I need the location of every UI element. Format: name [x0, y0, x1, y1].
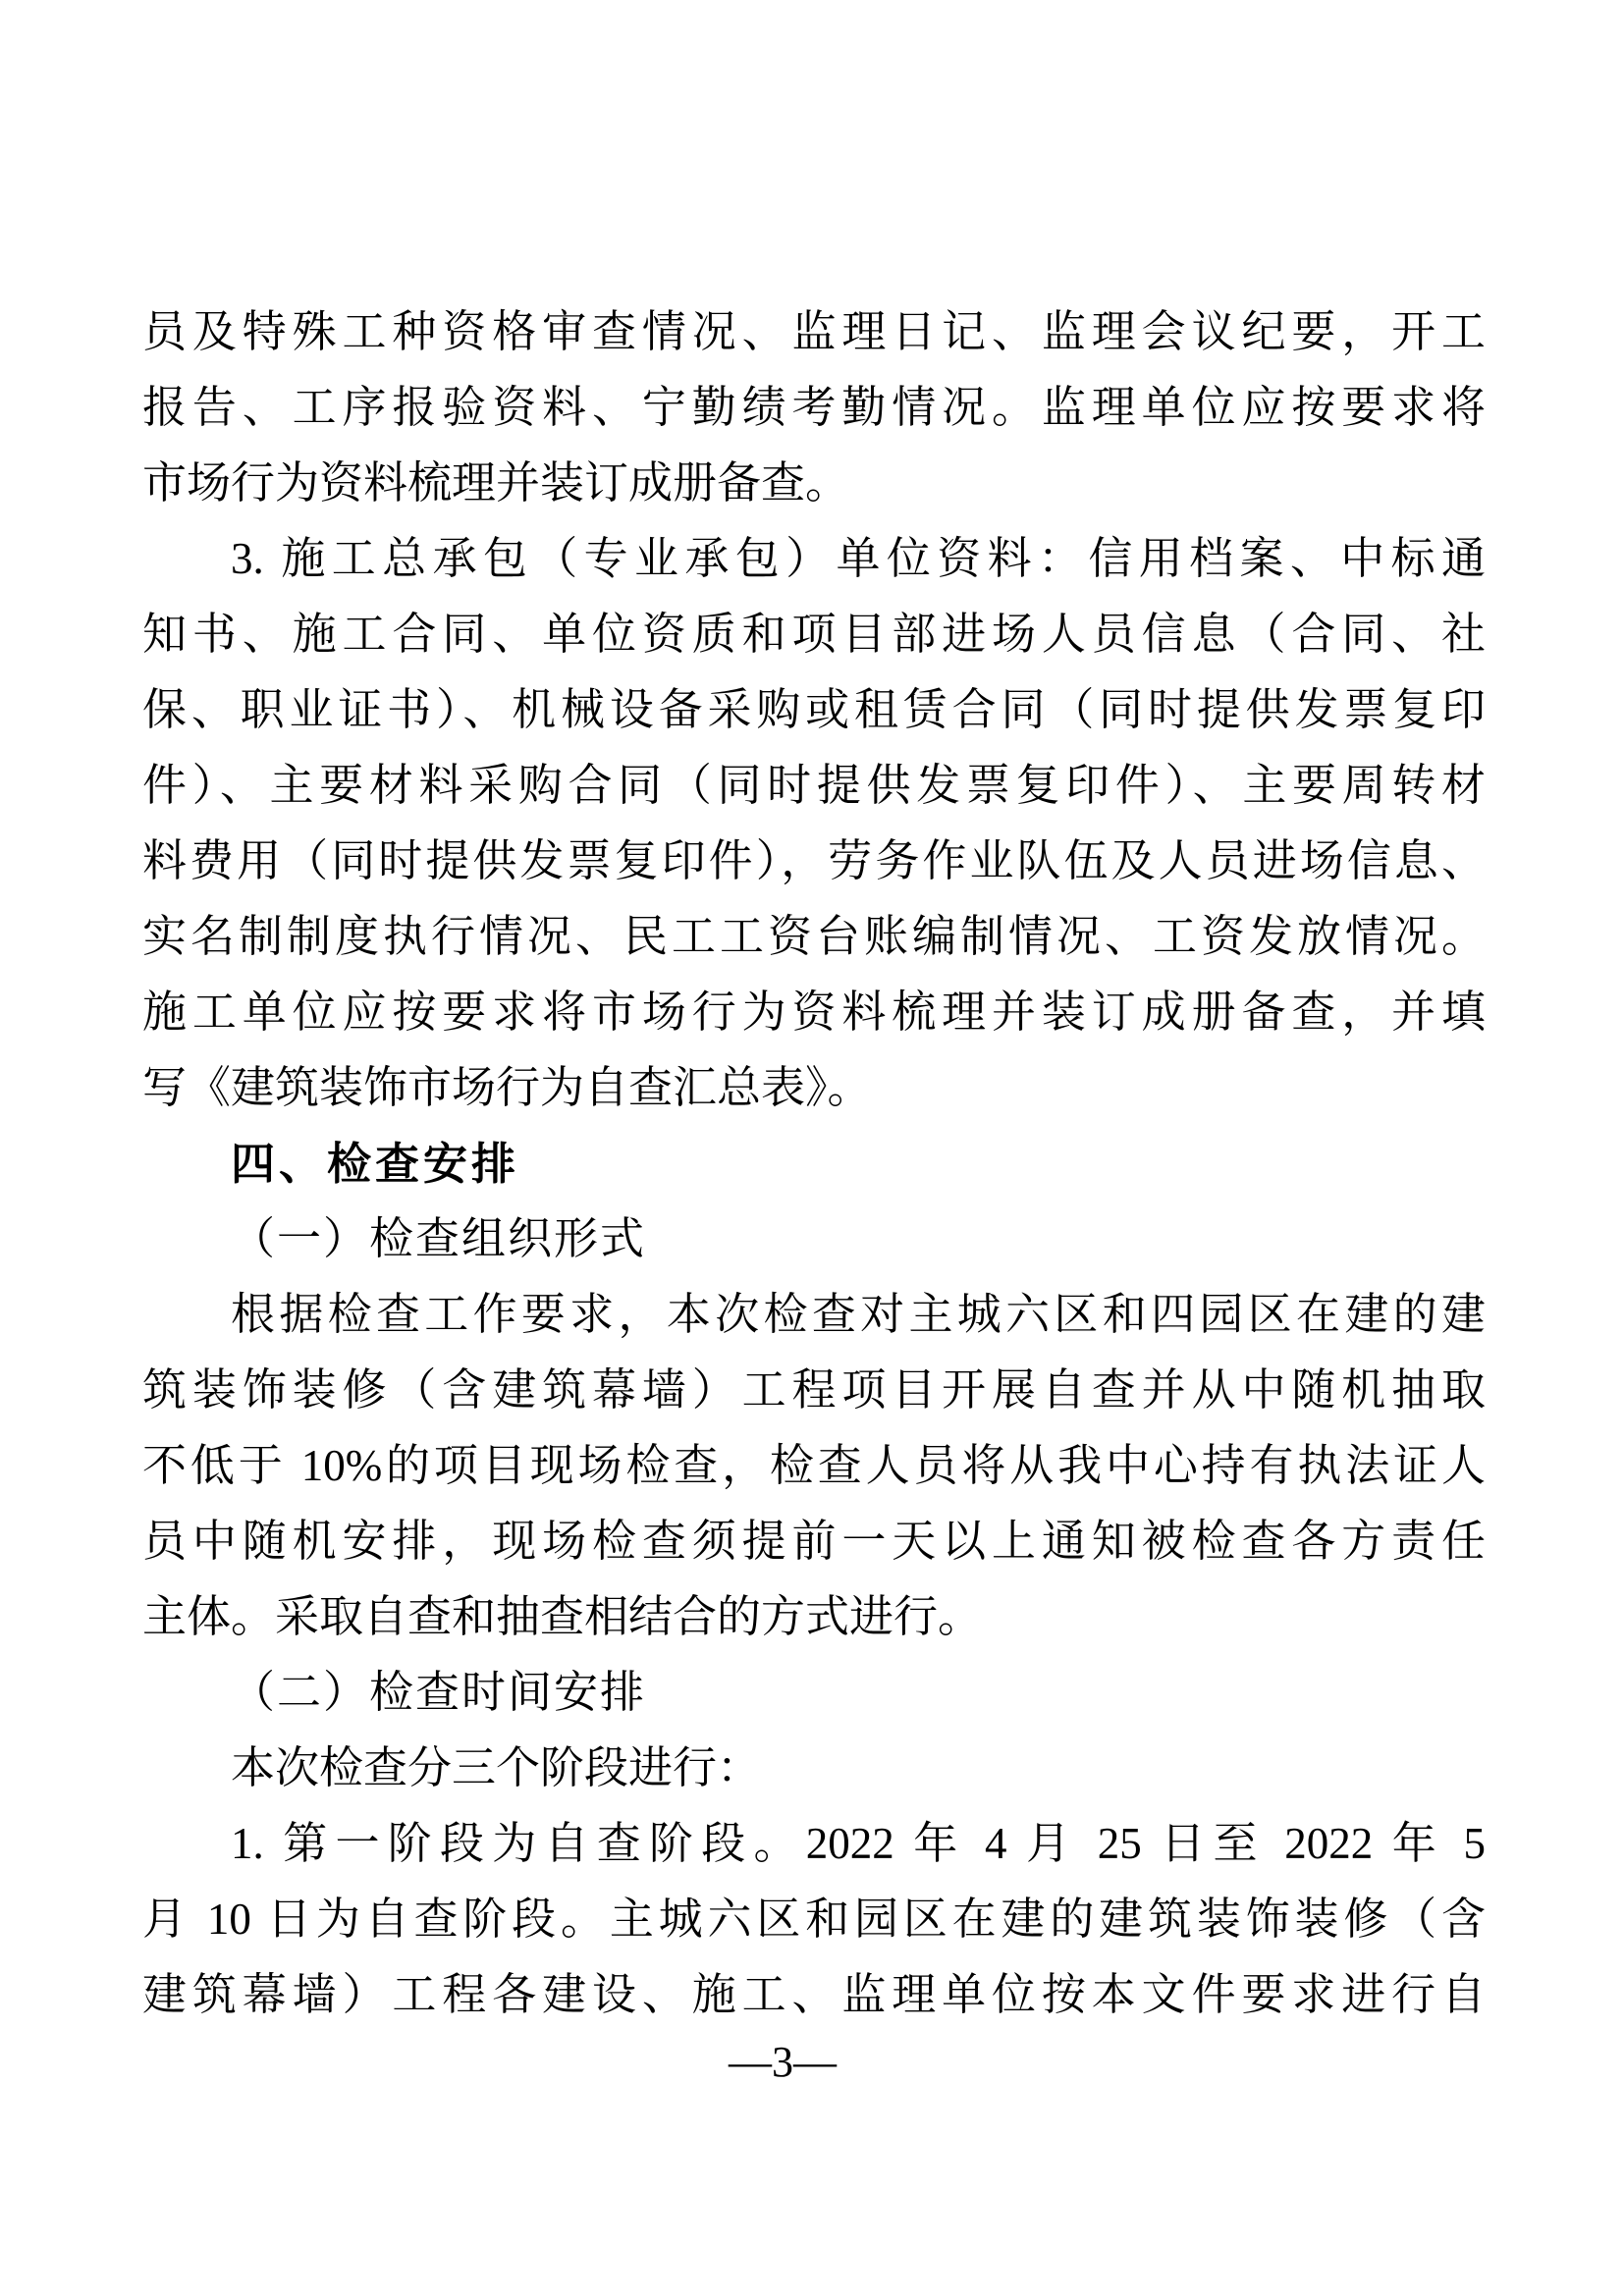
text-line: 员及特殊工种资格审查情况、监理日记、监理会议纪要，开工: [142, 294, 1486, 370]
text-line: 不低于 10%的项目现场检查，检查人员将从我中心持有执法证人: [142, 1428, 1486, 1504]
document-page: 员及特殊工种资格审查情况、监理日记、监理会议纪要，开工报告、工序报验资料、宁勤绩…: [0, 0, 1624, 2296]
text-line: 筑装饰装修（含建筑幕墙）工程项目开展自查并从中随机抽取: [142, 1353, 1486, 1428]
text-line: 保、职业证书）、机械设备采购或租赁合同（同时提供发票复印: [142, 672, 1486, 748]
text-line: 施工单位应按要求将市场行为资料梳理并装订成册备查，并填: [142, 975, 1486, 1050]
text-line: 知书、施工合同、单位资质和项目部进场人员信息（合同、社: [142, 597, 1486, 672]
text-line: 市场行为资料梳理并装订成册备查。: [142, 446, 1486, 521]
section-heading: （一）检查组织形式: [142, 1201, 1486, 1277]
text-line: 写《建筑装饰市场行为自查汇总表》。: [142, 1050, 1486, 1126]
page-number: —3—: [729, 2037, 837, 2087]
page-footer: —3—: [142, 2037, 1486, 2087]
text-line: 3. 施工总承包（专业承包）单位资料：信用档案、中标通: [142, 521, 1486, 597]
text-line: 月 10 日为自查阶段。主城六区和园区在建的建筑装饰装修（含: [142, 1882, 1486, 1957]
text-line: 料费用（同时提供发票复印件），劳务作业队伍及人员进场信息、: [142, 824, 1486, 899]
text-line: 根据检查工作要求，本次检查对主城六区和四园区在建的建: [142, 1277, 1486, 1353]
text-line: 1. 第一阶段为自查阶段。2022 年 4 月 25 日至 2022 年 5: [142, 1806, 1486, 1882]
text-line: 报告、工序报验资料、宁勤绩考勤情况。监理单位应按要求将: [142, 370, 1486, 446]
text-line: 建筑幕墙）工程各建设、施工、监理单位按本文件要求进行自: [142, 1957, 1486, 2033]
text-line: 本次检查分三个阶段进行：: [142, 1731, 1486, 1806]
text-line: 员中随机安排，现场检查须提前一天以上通知被检查各方责任: [142, 1504, 1486, 1579]
text-column: 员及特殊工种资格审查情况、监理日记、监理会议纪要，开工报告、工序报验资料、宁勤绩…: [142, 294, 1486, 2033]
text-line: 主体。采取自查和抽查相结合的方式进行。: [142, 1579, 1486, 1655]
text-line: 实名制制度执行情况、民工工资台账编制情况、工资发放情况。: [142, 899, 1486, 975]
text-line: 件）、主要材料采购合同（同时提供发票复印件）、主要周转材: [142, 748, 1486, 824]
section-heading: （二）检查时间安排: [142, 1655, 1486, 1731]
section-heading: 四、检查安排: [142, 1126, 1486, 1201]
